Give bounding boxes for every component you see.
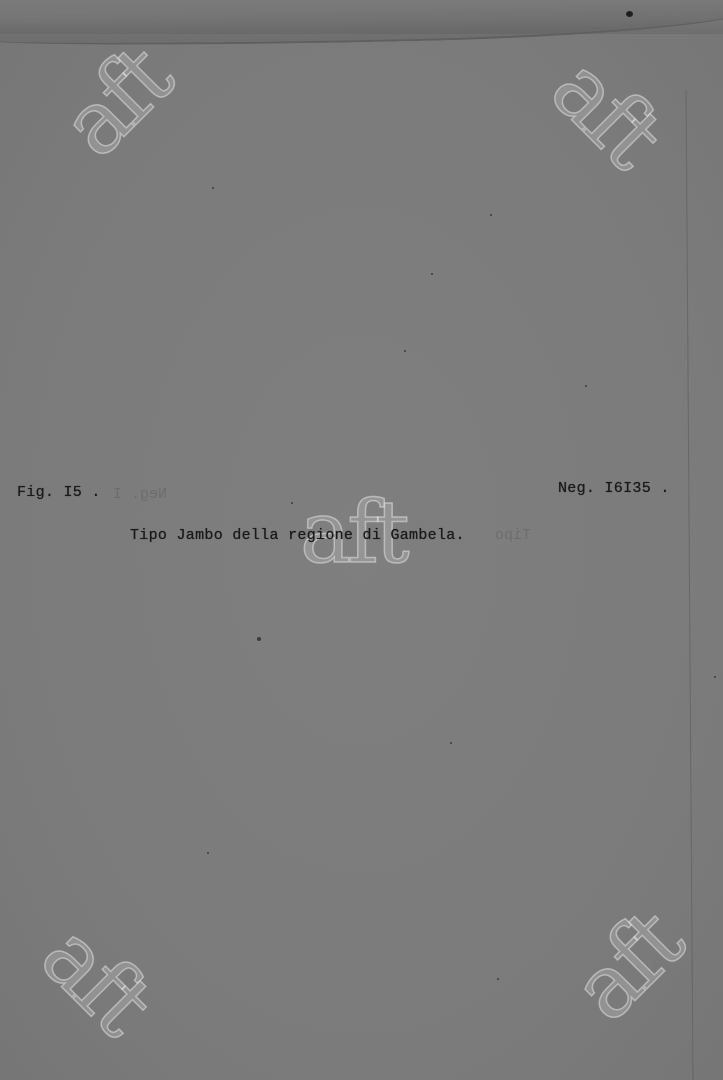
dust-speck bbox=[497, 978, 499, 980]
watermark-top-left: aft bbox=[47, 33, 186, 172]
ink-spot bbox=[626, 11, 633, 17]
watermark-bottom-right: aft bbox=[558, 897, 697, 1036]
bleed-through-text: Neg. I bbox=[113, 486, 167, 503]
watermark-top-right: aft bbox=[537, 43, 676, 182]
dust-speck bbox=[450, 742, 452, 744]
watermark-bottom-left: aft bbox=[27, 910, 166, 1049]
scanned-document-page: aft aft aft aft aft Neg. I Tipo Fig. I5 … bbox=[0, 0, 723, 1080]
figure-caption: Tipo Jambo della regione di Gambela. bbox=[130, 527, 465, 544]
dust-speck bbox=[291, 502, 293, 504]
dust-speck bbox=[431, 273, 433, 275]
dust-speck bbox=[585, 385, 587, 387]
dust-speck bbox=[714, 676, 716, 678]
dust-speck bbox=[404, 350, 406, 352]
dust-speck bbox=[257, 637, 261, 641]
paper-fold-line bbox=[686, 90, 694, 1080]
dust-speck bbox=[490, 214, 492, 216]
figure-label: Fig. I5 . bbox=[17, 484, 101, 501]
dust-speck bbox=[212, 187, 214, 189]
dust-speck bbox=[207, 852, 209, 854]
bleed-through-text: Tipo bbox=[495, 527, 531, 544]
negative-number: Neg. I6I35 . bbox=[558, 480, 670, 497]
